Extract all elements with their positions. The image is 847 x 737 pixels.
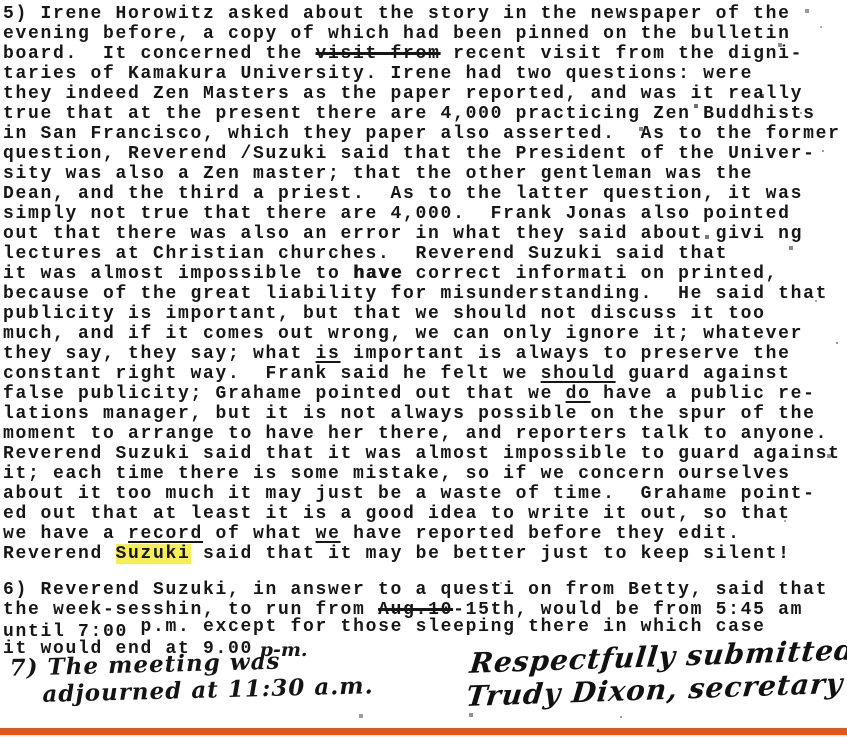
typed-segment: 5) Irene Horowitz asked about the story …	[3, 4, 791, 24]
typed-line: lectures at Christian churches. Reverend…	[3, 244, 847, 264]
typed-line: true that at the present there are 4,000…	[3, 104, 847, 124]
typed-line: lations manager, but it is not always po…	[3, 404, 847, 424]
typed-segment: Reverend Suzuki said that it was almost …	[3, 444, 841, 464]
typed-segment: sity was also a Zen master; that the oth…	[3, 164, 753, 184]
typed-line: 5) Irene Horowitz asked about the story …	[3, 4, 847, 24]
typed-segment: it; each time there is some mistake, so …	[3, 464, 791, 484]
typed-segment: board. It concerned the	[3, 44, 316, 64]
typed-segment: said that it may be better just to keep …	[191, 544, 791, 564]
typed-line: in San Francisco, which they paper also …	[3, 124, 847, 144]
typed-segment: lations manager, but it is not always po…	[3, 404, 816, 424]
typed-line: until 7:00 p.m. except for those sleepin…	[3, 620, 847, 635]
typed-segment: publicity is important, but that we shou…	[3, 304, 766, 324]
signature-block: Respectfully submitted, Trudy Dixon, sec…	[465, 633, 847, 713]
typed-segment: have reported before they edit.	[341, 524, 741, 544]
typed-segment: is	[316, 344, 341, 364]
typed-line: constant right way. Frank said he felt w…	[3, 364, 847, 384]
typed-segment: guard against	[616, 364, 791, 384]
typed-segment: true that at the present there are 4,000…	[3, 104, 816, 124]
typed-line: evening before, a copy of which had been…	[3, 24, 847, 44]
typed-segment: Suzuki	[116, 544, 191, 564]
typed-line: ed out that at least it is a good idea t…	[3, 504, 847, 524]
typed-segment: correct informati on printed,	[403, 264, 778, 284]
typed-segment: of what	[203, 524, 316, 544]
typed-line: Reverend Suzuki said that it was almost …	[3, 444, 847, 464]
typed-segment: 6) Reverend Suzuki, in answer to a quest…	[3, 580, 828, 600]
typed-line: much, and if it comes out wrong, we can …	[3, 324, 847, 344]
typed-segment: recent visit from the digni-	[441, 44, 804, 64]
typed-segment: have a public re-	[591, 384, 816, 404]
typed-segment: visit from	[316, 44, 441, 64]
typed-segment: simply not true that there are 4,000. Fr…	[3, 204, 791, 224]
typed-line: we have a record of what we have reporte…	[3, 524, 847, 544]
typed-segment: taries of Kamakura University. Irene had…	[3, 64, 753, 84]
typed-line: about it too much it may just be a waste…	[3, 484, 847, 504]
typed-segment: we have a	[3, 524, 128, 544]
typed-segment: in San Francisco, which they paper also …	[3, 124, 841, 144]
typed-segment: record	[128, 524, 203, 544]
typed-segment: lectures at Christian churches. Reverend…	[3, 244, 728, 264]
typed-segment: question, Reverend /Suzuki said that the…	[3, 144, 816, 164]
typed-segment: moment to arrange to have her there, and…	[3, 424, 828, 444]
typed-segment: we	[316, 524, 341, 544]
typed-line: it; each time there is some mistake, so …	[3, 464, 847, 484]
minutes-item-5-paragraph: 5) Irene Horowitz asked about the story …	[0, 0, 847, 564]
typed-line: they say, they say; what is important is…	[3, 344, 847, 364]
typed-segment: they indeed Zen Masters as the paper rep…	[3, 84, 803, 104]
minutes-item-7-handwritten: 7) The meeting was adjourned at 11:30 a.…	[9, 645, 374, 708]
typed-line: publicity is important, but that we shou…	[3, 304, 847, 324]
typed-line: question, Reverend /Suzuki said that the…	[3, 144, 847, 164]
typed-line: because of the great liability for misun…	[3, 284, 847, 304]
scanned-document-page: 5) Irene Horowitz asked about the story …	[0, 0, 847, 737]
typed-segment: much, and if it comes out wrong, we can …	[3, 324, 803, 344]
typed-segment: should	[541, 364, 616, 384]
typed-segment: important is always to preserve the	[341, 344, 791, 364]
typed-line: board. It concerned the visit from recen…	[3, 44, 847, 64]
typed-line: it was almost impossible to have correct…	[3, 264, 847, 284]
typed-segment: evening before, a copy of which had been…	[3, 24, 791, 44]
typed-line: false publicity; Grahame pointed out tha…	[3, 384, 847, 404]
typed-segment: Dean, and the third a priest. As to the …	[3, 184, 803, 204]
typed-line: moment to arrange to have her there, and…	[3, 424, 847, 444]
typed-segment: about it too much it may just be a waste…	[3, 484, 816, 504]
typed-line: sity was also a Zen master; that the oth…	[3, 164, 847, 184]
typed-segment: p.m. except for those sleeping there in …	[128, 617, 766, 637]
typed-segment: because of the great liability for misun…	[3, 284, 828, 304]
typed-line: out that there was also an error in what…	[3, 224, 847, 244]
typed-segment: they say, they say; what	[3, 344, 316, 364]
typed-segment: out that there was also an error in what…	[3, 224, 803, 244]
typed-segment: constant right way. Frank said he felt w…	[3, 364, 541, 384]
bottom-orange-bar	[0, 728, 847, 735]
typed-segment: it was almost impossible to	[3, 264, 353, 284]
typed-line: Reverend Suzuki said that it may be bett…	[3, 544, 847, 564]
typed-line: 6) Reverend Suzuki, in answer to a quest…	[3, 580, 847, 600]
typed-line: Dean, and the third a priest. As to the …	[3, 184, 847, 204]
typed-segment: ed out that at least it is a good idea t…	[3, 504, 791, 524]
typed-line: they indeed Zen Masters as the paper rep…	[3, 84, 847, 104]
typed-segment: false publicity; Grahame pointed out tha…	[3, 384, 566, 404]
typed-segment: have	[353, 264, 403, 284]
typed-segment: Reverend	[3, 544, 116, 564]
typed-line: simply not true that there are 4,000. Fr…	[3, 204, 847, 224]
typed-line: taries of Kamakura University. Irene had…	[3, 64, 847, 84]
typed-segment: do	[566, 384, 591, 404]
